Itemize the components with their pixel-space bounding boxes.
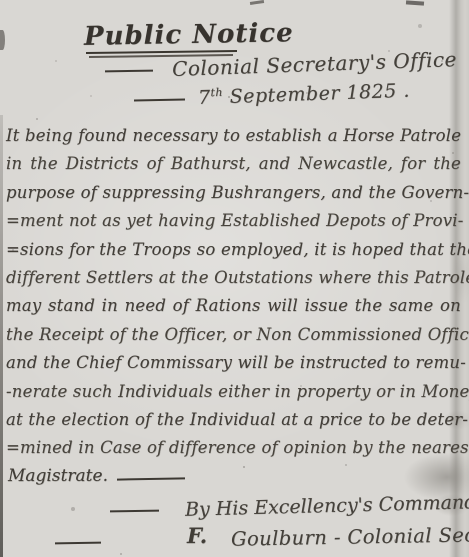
signature-name: Goulburn - Colonial Secretary: [231, 522, 469, 550]
date-ordinal: th: [210, 86, 223, 99]
body-last-line: Magistrate.: [8, 466, 108, 486]
signature-initial: F.: [187, 523, 207, 548]
body-line: purpose of suppressing Bushrangers, and …: [6, 179, 461, 207]
flourish-dash: [134, 99, 185, 102]
document-page: Public Notice Colonial Secretary's Offic…: [0, 0, 469, 557]
body-line: in the Districts of Bathurst, and Newcas…: [6, 150, 461, 178]
flourish-dash: [110, 510, 159, 513]
scan-mark: [0, 30, 5, 50]
body-line: different Settlers at the Outstations wh…: [6, 264, 461, 292]
body-line: =sions for the Troops so employed, it is…: [6, 236, 461, 264]
body-line: at the election of the Individual at a p…: [6, 406, 461, 434]
body-line: -nerate such Individuals either in prope…: [6, 378, 461, 406]
page-edge-left: [0, 115, 3, 557]
scan-mark: [406, 0, 424, 5]
flourish-dash: [105, 70, 153, 73]
date-day: 7: [198, 87, 211, 109]
body-text: It being found necessary to establish a …: [6, 122, 461, 463]
date-rest: September 1825 .: [223, 80, 410, 109]
flourish-dash: [55, 542, 101, 545]
body-line: =mined in Case of difference of opinion …: [6, 434, 461, 462]
paper-specks: [0, 0, 2, 2]
body-line: and the Chief Commissary will be instruc…: [6, 349, 461, 377]
page-title: Public Notice: [84, 18, 294, 52]
date-line: 7th September 1825 .: [198, 79, 411, 109]
body-line: may stand in need of Rations will issue …: [6, 292, 461, 320]
body-line: the Receipt of the Officer, or Non Commi…: [6, 321, 461, 349]
closing-line: By His Excellency's Command: [185, 491, 469, 521]
body-line: =ment not as yet having Established Depo…: [6, 207, 461, 235]
body-line: It being found necessary to establish a …: [6, 122, 461, 150]
flourish-dash: [117, 477, 185, 480]
scan-mark: [250, 0, 264, 5]
